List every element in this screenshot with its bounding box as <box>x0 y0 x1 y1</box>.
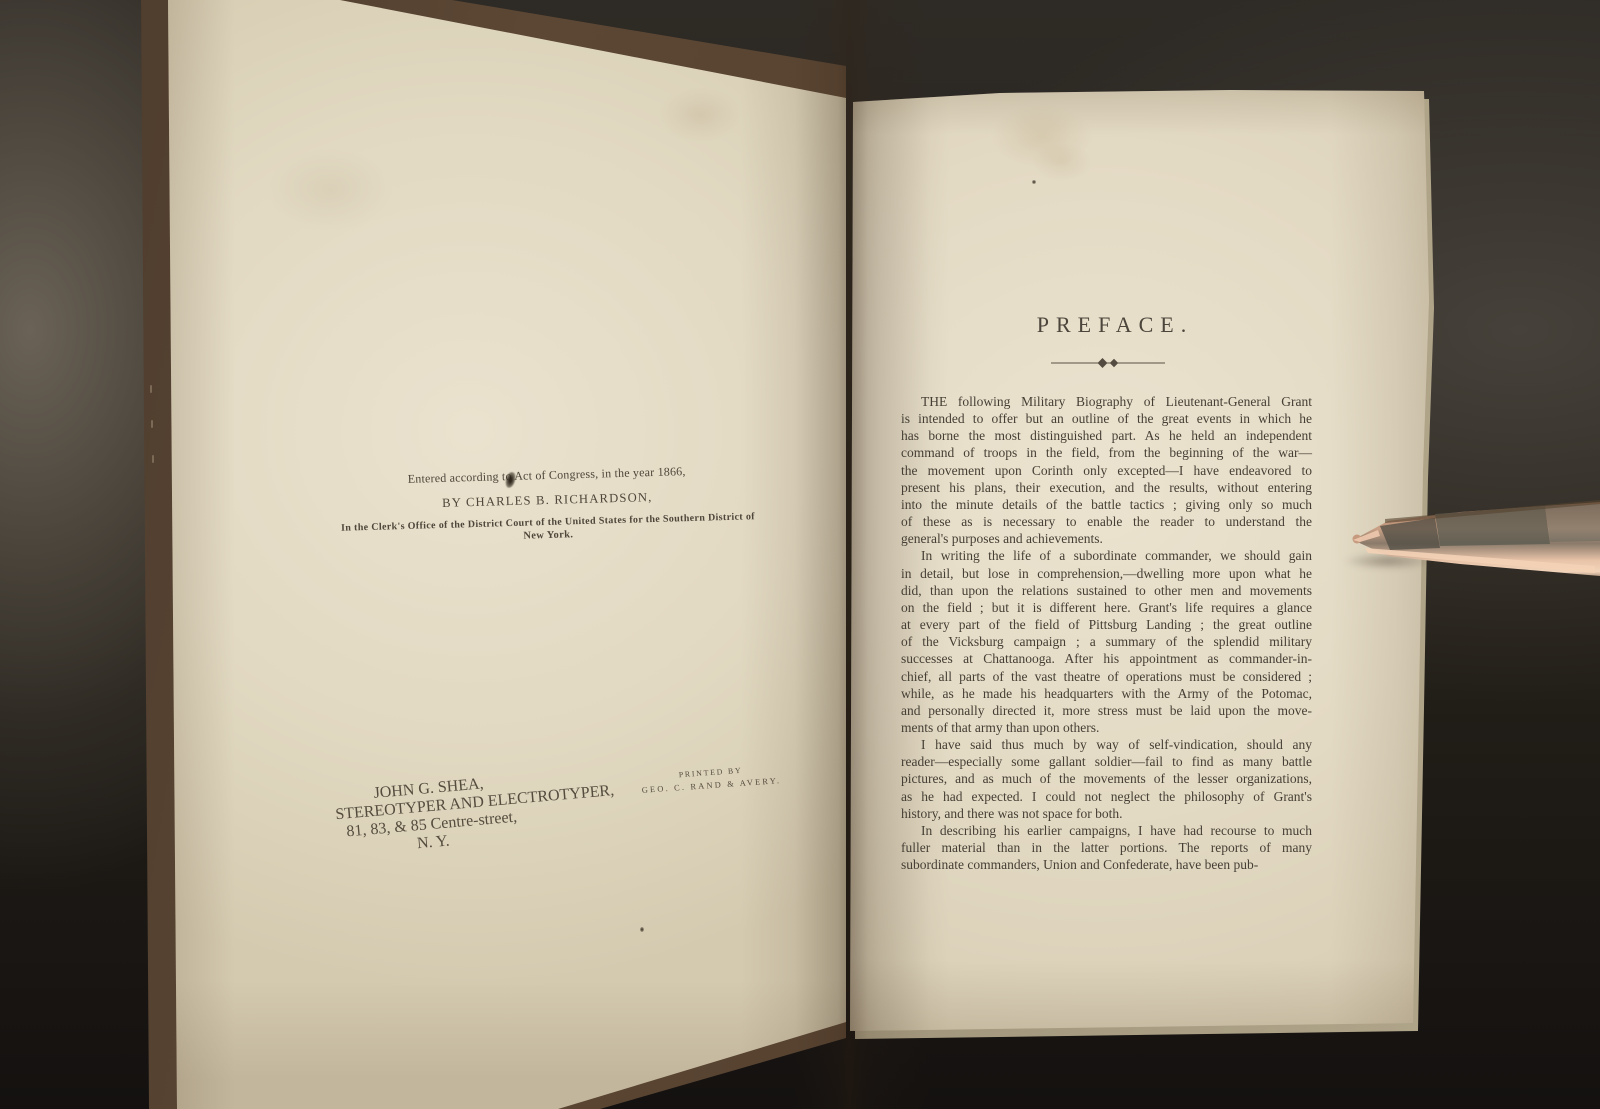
paper-speck <box>640 927 644 932</box>
book-photo: Entered according to Act of Congress, in… <box>0 0 1600 1109</box>
paragraph: In writing the life of a subordinate com… <box>901 547 1312 736</box>
paragraph: In describing his earlier campaigns, I h… <box>901 822 1312 873</box>
preface-body: THE following Military Biography of Lieu… <box>901 393 1312 873</box>
page-title: PREFACE. <box>905 312 1325 338</box>
paper-speck <box>1032 180 1036 184</box>
paragraph: THE following Military Biography of Lieu… <box>901 393 1312 547</box>
pen-tarnish <box>1545 504 1600 542</box>
paragraph: I have said thus much by way of self-vin… <box>901 736 1312 822</box>
binding-stitch <box>151 420 153 428</box>
ornament-rule-icon <box>1049 356 1167 370</box>
copyright-block: Entered according to Act of Congress, in… <box>319 462 776 548</box>
pen <box>1340 486 1600 596</box>
binding-stitch <box>150 385 152 393</box>
binding-stitch <box>152 455 154 463</box>
